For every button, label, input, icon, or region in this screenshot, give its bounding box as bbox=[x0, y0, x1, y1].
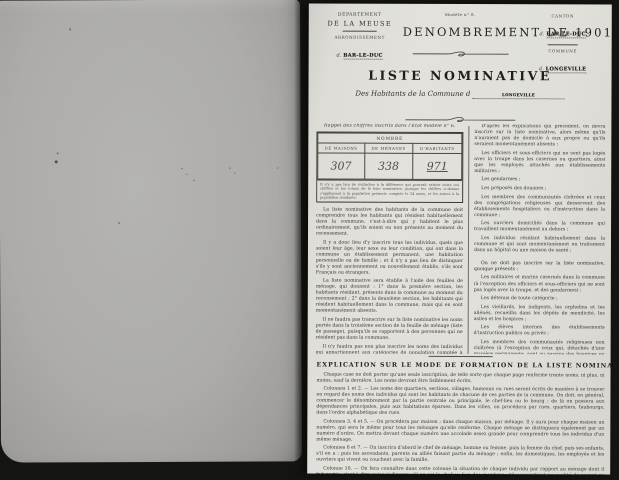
arrondissement-label: ARRONDISSEMENT bbox=[317, 35, 403, 40]
flourish-divider bbox=[403, 42, 518, 61]
paper-speck bbox=[234, 173, 236, 174]
recap-col-menages: DE MÉNAGES bbox=[364, 143, 412, 153]
census-form-page: DÉPARTEMENT DE LA MEUSE ARRONDISSEMENT d… bbox=[307, 3, 612, 474]
handwritten-habitants-value: 971 bbox=[413, 153, 462, 179]
instruction-paragraph: La liste nominative des habitants de la … bbox=[316, 207, 463, 238]
instructions-columns: Rappel des chiffres inscrits dans l'État… bbox=[316, 123, 606, 354]
paper-speck bbox=[229, 167, 231, 169]
paper-speck bbox=[186, 173, 188, 175]
divider-rule bbox=[343, 31, 377, 32]
recap-col-habitants: D'HABITANTS bbox=[413, 143, 462, 153]
divider-rule bbox=[548, 44, 578, 45]
department-value: DE LA MEUSE bbox=[317, 20, 403, 28]
instruction-paragraph: Les détenus de toute catégorie ; bbox=[474, 296, 605, 302]
census-title: DENOMBREMENT DE 1901 bbox=[403, 25, 518, 39]
arrondissement-stamp: BAR-LE-DUC bbox=[343, 53, 383, 60]
blank-left-page bbox=[0, 0, 302, 463]
scanned-census-document: DÉPARTEMENT DE LA MEUSE ARRONDISSEMENT d… bbox=[0, 0, 619, 480]
department-block: DÉPARTEMENT DE LA MEUSE ARRONDISSEMENT d… bbox=[317, 13, 403, 61]
page-title: LISTE NOMINATIVE bbox=[309, 67, 612, 83]
commune-label: COMMUNE bbox=[522, 48, 604, 53]
instruction-paragraph: D'après les explications qui précèdent, … bbox=[474, 124, 605, 149]
paper-speck bbox=[55, 160, 58, 163]
left-instruction-column: Rappel des chiffres inscrits dans l'État… bbox=[316, 123, 464, 354]
column-divider-rule bbox=[468, 126, 470, 354]
paper-speck bbox=[181, 167, 183, 169]
explanation-paragraph: Colonnes 1 et 2. — Les noms des quartier… bbox=[316, 387, 604, 418]
model-number-note: Modèle n° 8. bbox=[403, 12, 518, 17]
instruction-subhead: On ne doit pas inscrire sur la liste nom… bbox=[474, 261, 605, 273]
instruction-paragraph: Les élèves internes des établissements d… bbox=[474, 325, 605, 337]
handwritten-menages-value: 338 bbox=[364, 153, 413, 179]
recap-footnote: Il n'y a pas lieu de s'attacher à la dif… bbox=[317, 180, 462, 203]
commune-name-stamp: LONGEVILLE bbox=[502, 92, 535, 97]
instruction-paragraph: Il y a donc lieu d'y inscrire tous les i… bbox=[316, 240, 463, 277]
explanation-section: EXPLICATION SUR LE MODE DE FORMATION DE … bbox=[316, 356, 604, 475]
recap-caption: Rappel des chiffres inscrits dans l'État… bbox=[316, 123, 463, 129]
paper-speck bbox=[193, 180, 195, 181]
instruction-paragraph: Les vieillards, les indigents, les orphe… bbox=[474, 305, 605, 324]
canton-label: CANTON bbox=[522, 13, 604, 18]
instruction-paragraph: Les ouvriers domiciliés dans la commune … bbox=[474, 221, 605, 233]
explanation-paragraph: Chaque case ne doit porter qu'une seule … bbox=[316, 373, 604, 386]
explanation-paragraph: Colonne 10. — On fera connaître dans cet… bbox=[316, 466, 604, 474]
instruction-paragraph: Il n'y faudra pas non plus inscrire les … bbox=[316, 344, 463, 354]
paper-speck bbox=[277, 167, 280, 169]
instruction-paragraph: Les gendarmes ; bbox=[474, 177, 605, 183]
explanation-heading: EXPLICATION SUR LE MODE DE FORMATION DE … bbox=[317, 362, 605, 370]
subtitle-prefix: Des Habitants de la Commune d bbox=[355, 90, 470, 98]
paper-speck bbox=[118, 222, 120, 224]
subtitle-line: Des Habitants de la Commune d LONGEVILLE bbox=[308, 89, 611, 99]
paper-speck bbox=[69, 28, 71, 30]
commune-name-field: LONGEVILLE bbox=[473, 90, 565, 99]
recap-table: NOMBRE DE MAISONS DE MÉNAGES D'HABITANTS… bbox=[317, 133, 462, 181]
recap-values-row: 307 338 971 bbox=[318, 153, 462, 180]
canton-commune-block: CANTON d.BAR-LE-DUC COMMUNE d.LONGEVILLE bbox=[522, 13, 604, 74]
section-divider-rule bbox=[429, 356, 493, 357]
canton-prefix: d. bbox=[540, 31, 545, 37]
instruction-paragraph: La liste nominative sera établie à l'aid… bbox=[316, 279, 463, 316]
instruction-paragraph: Les membres des communautés religieuses … bbox=[474, 340, 605, 354]
explanation-paragraph: Colonnes 6 et 7. — On inscrira d'abord l… bbox=[316, 446, 604, 465]
left-column-paragraphs: La liste nominative des habitants de la … bbox=[316, 207, 464, 354]
recap-col-maisons: DE MAISONS bbox=[318, 143, 365, 153]
handwritten-maisons-value: 307 bbox=[318, 153, 365, 179]
instruction-paragraph: Les militaires et marins casernés dans l… bbox=[474, 276, 605, 295]
canton-stamp: BAR-LE-DUC bbox=[546, 31, 586, 38]
instruction-paragraph: Il ne faudra pas transcrire sur la liste… bbox=[316, 318, 463, 343]
right-instruction-column: D'après les explications qui précèdent, … bbox=[474, 124, 606, 354]
recap-table-box: NOMBRE DE MAISONS DE MÉNAGES D'HABITANTS… bbox=[316, 131, 463, 203]
arrondissement-prefix: d. bbox=[336, 53, 341, 59]
instruction-paragraph: Les officiers et sous-officiers qui ne s… bbox=[474, 151, 605, 176]
paper-speck bbox=[57, 152, 59, 154]
instruction-paragraph: Les membres des communautés cloîtrées et… bbox=[474, 195, 605, 220]
recap-group-header: NOMBRE bbox=[318, 133, 462, 144]
title-block: Modèle n° 8. DENOMBREMENT DE 1901 bbox=[403, 12, 518, 61]
department-label: DÉPARTEMENT bbox=[317, 13, 403, 18]
instruction-paragraph: Les individus résidant habituellement da… bbox=[474, 236, 605, 255]
instruction-paragraph: Les préposés des douanes ; bbox=[474, 186, 605, 192]
explanation-paragraph: Colonnes 3, 4 et 5. — On procédera par m… bbox=[316, 419, 604, 444]
